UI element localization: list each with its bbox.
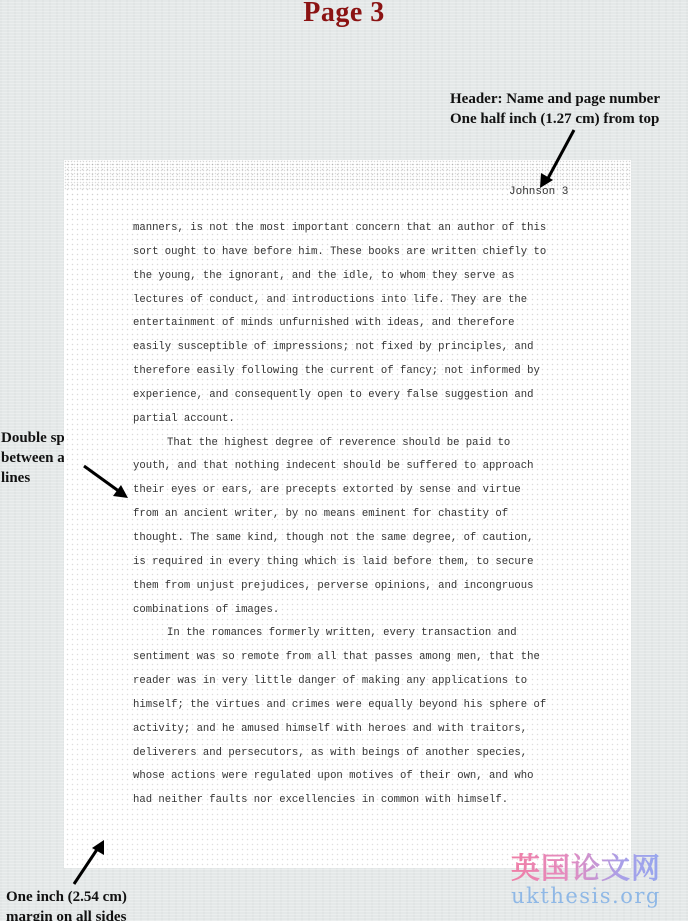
watermark-site: ukthesis.org xyxy=(497,884,675,908)
arrow-to-margin-icon xyxy=(0,0,688,921)
watermark: 英国论文网 ukthesis.org xyxy=(497,850,675,908)
watermark-chinese: 英国论文网 xyxy=(497,850,675,886)
